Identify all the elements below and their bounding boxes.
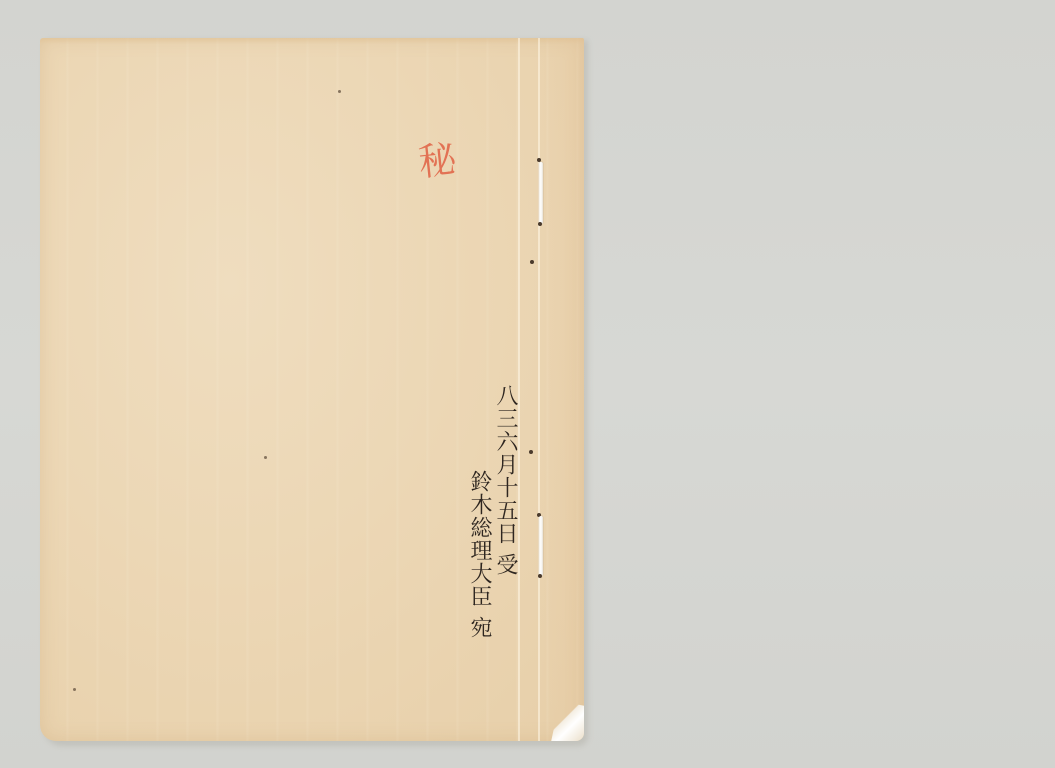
addressee-annotation: 鈴木総理大臣 宛 (468, 470, 490, 639)
paper-speck (264, 456, 267, 459)
paper-speck (73, 688, 76, 691)
top-edge (40, 38, 584, 44)
binding-margin (538, 38, 584, 741)
document-cover: 秘 八三六月十五日 受 鈴木総理大臣 宛 (40, 38, 584, 741)
binding-stitch-top (539, 162, 543, 224)
fold-line (538, 38, 540, 741)
binding-hole (538, 574, 542, 578)
paper-speck (338, 90, 341, 93)
secret-seal-stamp: 秘 (415, 128, 457, 186)
fold-line (518, 38, 520, 741)
binding-stitch-bottom (539, 516, 543, 576)
received-date-annotation: 八三六月十五日 受 (494, 384, 516, 576)
scan-background: 秘 八三六月十五日 受 鈴木総理大臣 宛 (0, 0, 1055, 768)
binding-hole (538, 222, 542, 226)
binding-hole (529, 450, 533, 454)
binding-hole (530, 260, 534, 264)
